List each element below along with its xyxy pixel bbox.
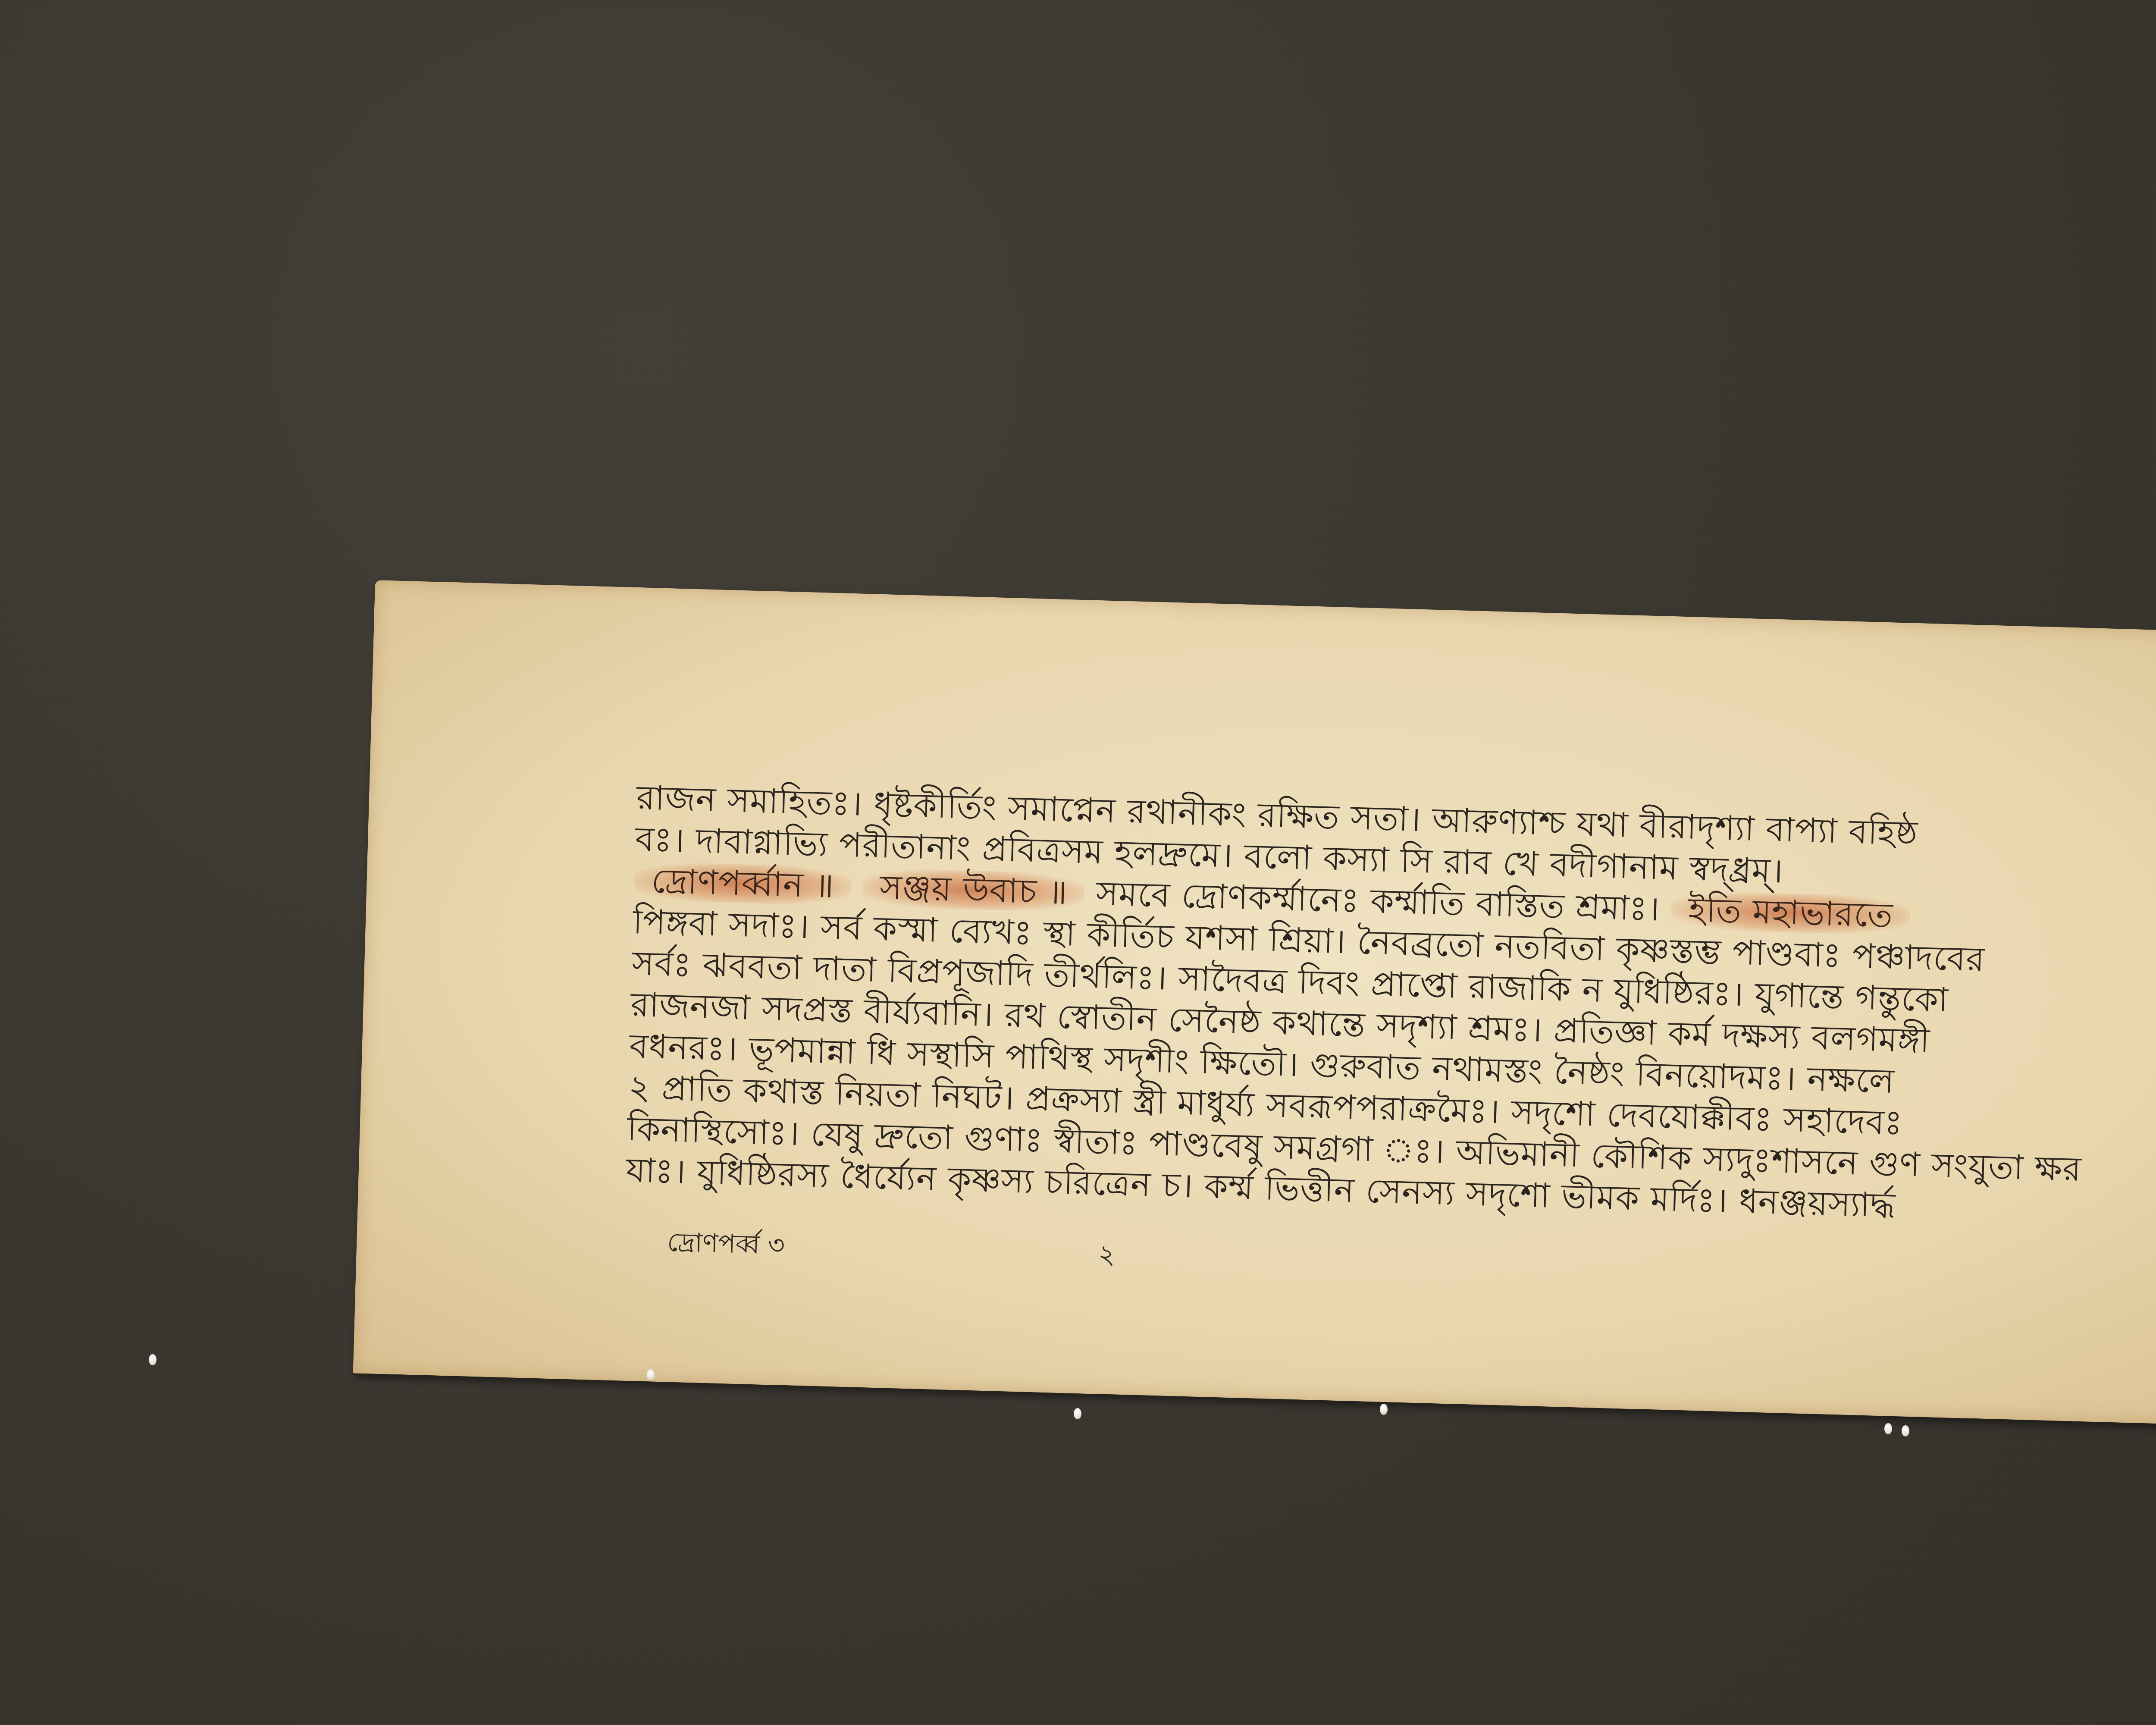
mounting-pin [1380, 1404, 1388, 1415]
rubric-segment: সঞ্জয় উবাচ ॥ [862, 868, 1085, 913]
mounting-pin [647, 1369, 655, 1380]
folio-label: দ্রোণপর্ব্ব ৩ [667, 1223, 785, 1269]
rubric-segment: দ্রোণপর্ব্বান ॥ [634, 861, 852, 906]
mounting-pin [1902, 1425, 1909, 1436]
mounting-pin [1884, 1423, 1892, 1434]
mounting-pin [1074, 1408, 1081, 1419]
rubric-segment: ইতি মহাভারতে [1670, 890, 1911, 935]
folio-number: ২ [1097, 1234, 1116, 1278]
manuscript-text-block: রাজন সমাহিতঃ। ধৃষ্টকীর্তিং সমাপ্নেন রথান… [626, 777, 2146, 1233]
manuscript-folio: রাজন সমাহিতঃ। ধৃষ্টকীর্তিং সমাপ্নেন রথান… [353, 580, 2156, 1428]
text-segment [851, 867, 863, 906]
mounting-pin [149, 1354, 157, 1365]
